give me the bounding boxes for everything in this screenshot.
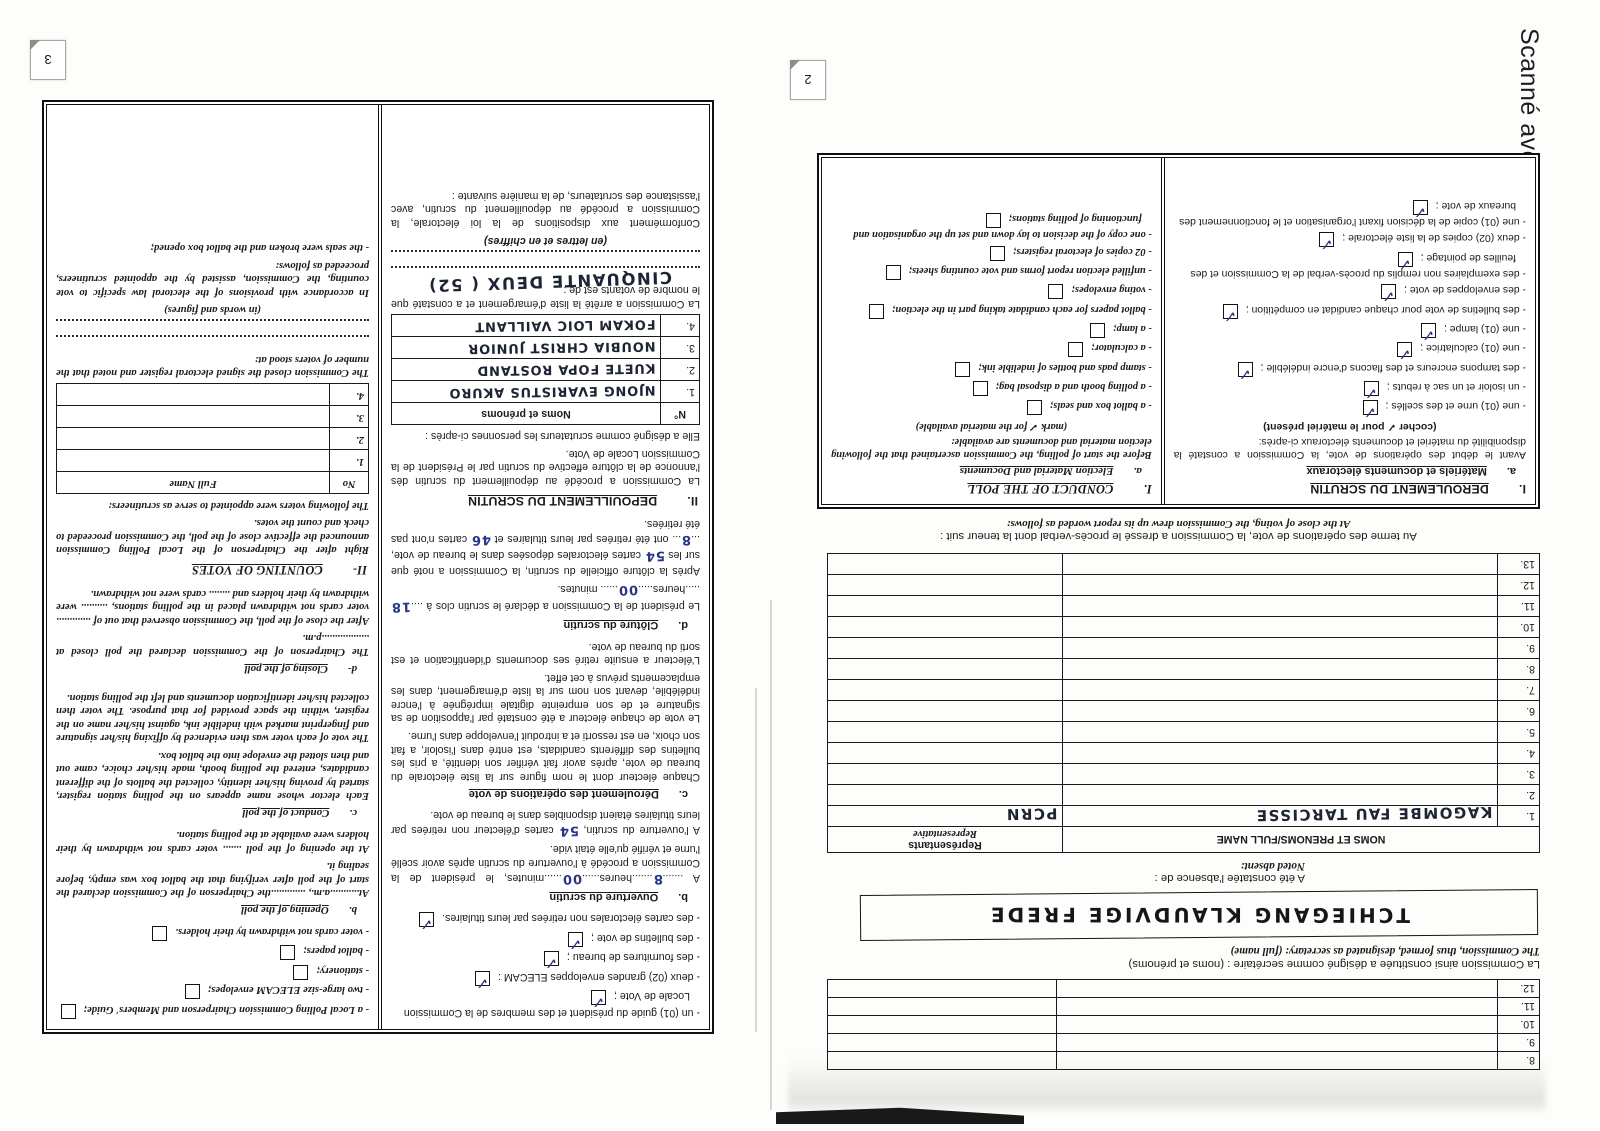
checkbox <box>1068 342 1083 357</box>
checklist-item: - unfilled election report forms and vot… <box>831 264 1152 280</box>
col-fullname: NOMS ET PRENOMS/FULL NAME <box>1062 827 1539 853</box>
empty-cell <box>828 575 1063 596</box>
checklist-item: - des fournitures de bureau ;✓ <box>391 950 700 967</box>
item-label: - a Local Polling Commission Chairperson… <box>84 1004 369 1015</box>
heading-depouillement: II.DEPOUILLEMENT DU SCRUTIN <box>391 492 698 508</box>
checkbox <box>986 213 1001 228</box>
table-row: 9. <box>828 1034 1540 1052</box>
checklist-item: - des bulletins de vote pour chaque cand… <box>1174 302 1526 318</box>
item-label: - unfilled election report forms and vot… <box>909 265 1152 276</box>
checklist-item: - un isoloir et un sac à rebuts ;✓ <box>1174 380 1526 396</box>
checklist-item: - voter cards not withdrawn by their hol… <box>56 924 369 941</box>
table-row: 8. <box>828 659 1540 680</box>
paragraph: In accordance with provisions of the ele… <box>56 258 369 299</box>
checklist-item: - 02 copies of electoral registers; <box>831 244 1152 260</box>
page-number-marker: 3 <box>30 40 66 80</box>
check-icon: ✓ <box>1398 253 1411 273</box>
heading-prefix: c. <box>679 787 688 801</box>
paragraph: Le président de la Commission a déclaré … <box>391 581 700 614</box>
paragraph: After the close of the poll, the Commiss… <box>56 586 369 627</box>
table-row: 4.FOKAM LOIC VAILLANT <box>392 314 700 336</box>
page-number: 3 <box>44 53 51 68</box>
table-row: 8. <box>828 1052 1540 1070</box>
page-3-rotated-content: - un (01) guide du président et des memb… <box>16 34 716 1036</box>
item-label: - one copy of the decision to lay down a… <box>853 213 1151 240</box>
paragraph: L'électeur a ensuite retiré ses document… <box>391 639 700 666</box>
mark-note: (mark ✓ for the material available) <box>831 419 1152 432</box>
item-label: - une (01) copie de la décision fixant l… <box>1179 200 1526 227</box>
conduct-english-column: I.CONDUCT OF THE POLL a.Election Materia… <box>822 158 1161 504</box>
heading-materiels: a.Matériels et documents électoraux <box>1174 464 1516 478</box>
col-fullname: Full Name <box>57 472 330 494</box>
checkbox <box>1027 400 1042 415</box>
checklist-item: - a lamp; <box>831 322 1152 338</box>
empty-cell <box>1062 617 1497 638</box>
handwritten-count: 54 <box>558 821 579 838</box>
page-number: 2 <box>804 73 811 88</box>
row-number: 1. <box>1498 806 1540 827</box>
check-icon: ✓ <box>545 953 558 973</box>
heading-conduct-1: I.CONDUCT OF THE POLL <box>831 480 1152 496</box>
col-number: N° <box>661 402 700 424</box>
item-label: - des tampons encreurs et des flacons d'… <box>1261 362 1526 373</box>
table-row: 3. <box>828 764 1540 785</box>
row-number: 2. <box>330 428 369 450</box>
heading-label: Clôture du scrutin <box>563 618 658 632</box>
handwritten-name: NOUBIA CHRIST JUNIOR <box>391 334 660 360</box>
heading-label: COUNTING OF VOTES <box>192 561 323 577</box>
empty-cell <box>57 428 330 450</box>
heading-deroulement: c.Déroulement des opérations de vote <box>391 787 688 801</box>
check-icon: ✓ <box>1238 363 1251 383</box>
check-icon: ✓ <box>1413 201 1426 221</box>
table-row: 1.KAGOMBE FAU TARCISSEPCRN <box>828 806 1540 827</box>
empty-cell <box>828 554 1063 575</box>
heading-label: Déroulement des opérations de vote <box>469 787 659 801</box>
checkbox <box>185 984 200 999</box>
empty-cell <box>828 701 1063 722</box>
paragraph: Le vote de chaque électeur a été constat… <box>391 670 700 724</box>
item-label: - stamp pads and bottles of indelible in… <box>978 362 1151 373</box>
empty-cell <box>828 617 1063 638</box>
paragraph: Conformément aux dispositions de la loi … <box>391 188 700 229</box>
row-number: 11. <box>1498 998 1540 1016</box>
checkbox: ✓ <box>1238 362 1253 377</box>
handwritten-name: FOKAM LOIC VAILLANT <box>391 312 660 338</box>
empty-cell <box>828 1034 1057 1052</box>
empty-cell <box>1056 998 1497 1016</box>
checklist-item: - ballot papers; <box>56 944 369 961</box>
page-2: 8. 9. 10. 11. 12. La Commission ainsi co… <box>770 24 1548 1116</box>
table-row: 7. <box>828 680 1540 701</box>
item-label: - deux (02) copies de la liste électoral… <box>1342 232 1526 243</box>
row-number: 3. <box>1498 764 1540 785</box>
item-label: - une (01) urne et des scellés ; <box>1386 400 1526 411</box>
handwritten-remaining: 46 <box>471 530 492 547</box>
heading-label: Closing of the poll <box>244 662 327 676</box>
dotted-line: CINQUANTE DEUX ( 52) <box>391 266 700 279</box>
checklist-item: - ballot papers for each candidate takin… <box>831 302 1152 318</box>
handwritten-secretary-name: TCHIEGANG KLAUDVIGE FREDE <box>988 903 1410 928</box>
mark-note: (cocher ✓ pour le matériel présent) <box>1174 419 1526 432</box>
table-row: 10. <box>828 1016 1540 1034</box>
check-icon: ✓ <box>476 972 489 992</box>
table-row: 9. <box>828 638 1540 659</box>
checkbox: ✓ <box>1319 232 1334 247</box>
checklist-item: - a calculator; <box>831 341 1152 357</box>
heading-prefix: c. <box>349 806 357 820</box>
checkbox: ✓ <box>1381 284 1396 299</box>
checkbox: ✓ <box>591 990 606 1005</box>
checkbox: ✓ <box>1397 342 1412 357</box>
empty-cell <box>828 680 1063 701</box>
conduct-box: I.DEROULEMENT DU SCRUTIN a.Matériels et … <box>817 153 1540 509</box>
empty-cell <box>828 980 1057 998</box>
empty-cell <box>828 722 1063 743</box>
scrutineers-table-fr: N°Noms et prénoms 1.NJONG EVARISTUS AKUR… <box>391 314 700 425</box>
checkbox: ✓ <box>1223 304 1238 319</box>
paragraph: A .......8.......heures......00......min… <box>391 842 700 886</box>
item-label: - two large-size ELECAM envelopes; <box>208 984 369 995</box>
heading-prefix: b. <box>678 890 688 904</box>
empty-cell <box>1062 764 1497 785</box>
heading-label: Ouverture du scrutin <box>549 890 658 904</box>
item-label: - stationery; <box>316 965 369 976</box>
table-row: 6. <box>828 701 1540 722</box>
paragraph: Après la clôture officielle du scrutin, … <box>391 517 700 577</box>
row-number: 13. <box>1498 554 1540 575</box>
empty-cell <box>828 785 1063 806</box>
closing-line-fr: Au terme des opérations de vote, la Comm… <box>817 530 1540 542</box>
empty-cell <box>1056 980 1497 998</box>
check-icon: ✓ <box>569 933 582 953</box>
heading-material: a.Election Material and Documents <box>831 464 1142 478</box>
empty-cell <box>828 998 1057 1016</box>
absent-line-en: Noted absent: <box>817 860 1305 872</box>
table-row: 11. <box>828 998 1540 1016</box>
empty-cell <box>1062 722 1497 743</box>
checklist-item: - une (01) urne et des scellés ;✓ <box>1174 399 1526 415</box>
item-label: - des enveloppes de vote ; <box>1404 284 1526 295</box>
table-header: N°Noms et prénoms <box>392 402 700 424</box>
col-fullname: Noms et prénoms <box>392 402 661 424</box>
row-number: 1. <box>330 450 369 472</box>
empty-cell <box>1056 1034 1497 1052</box>
handwritten-hour: 8 <box>652 869 663 886</box>
empty-cell <box>1062 638 1497 659</box>
check-icon: ✓ <box>1382 286 1395 306</box>
heading-prefix: I. <box>1519 480 1526 496</box>
checkbox <box>293 965 308 980</box>
checklist-item: - des bulletins de vote ;✓ <box>391 930 700 947</box>
paragraph: Avant le début des opérations de vote, l… <box>1174 435 1526 462</box>
item-label: - des exemplaires non remplis du procès-… <box>1190 252 1526 279</box>
empty-cell <box>828 764 1063 785</box>
checklist-item: - stationery; <box>56 963 369 980</box>
heading-label: Matériels et documents électoraux <box>1306 464 1486 478</box>
handwritten-total: 54 <box>644 546 665 563</box>
checklist-item: - une (01) calculatrice ;✓ <box>1174 341 1526 357</box>
item-label: - une (01) calculatrice ; <box>1420 342 1526 353</box>
empty-cell <box>57 450 330 472</box>
table-row: 4. <box>828 743 1540 764</box>
closing-line-en: At the close of voting, the Commission d… <box>817 518 1540 530</box>
table-header: NOMS ET PRENOMS/FULL NAME ReprésentantsR… <box>828 827 1540 853</box>
checkbox: ✓ <box>544 951 559 966</box>
checkbox <box>1048 284 1063 299</box>
check-icon: ✓ <box>420 914 433 934</box>
paragraph: A l'ouverture du scrutin, 54 cartes d'él… <box>391 808 700 838</box>
table-header: NoFull Name <box>57 472 369 494</box>
text: ...... minutes. <box>557 584 618 596</box>
table-row: 10. <box>828 617 1540 638</box>
empty-cell <box>1056 1016 1497 1034</box>
table-row: 3.NOUBIA CHRIST JUNIOR <box>392 336 700 358</box>
heading-prefix: d- <box>348 662 357 676</box>
row-number: 5. <box>1498 722 1540 743</box>
checklist-item: - a polling booth and a disposal bag; <box>831 380 1152 396</box>
table-row: 13. <box>828 554 1540 575</box>
empty-cell <box>1056 1052 1497 1070</box>
table-row: 2. <box>57 428 369 450</box>
row-number: 12. <box>1498 575 1540 596</box>
item-label: - des bulletins de vote ; <box>591 932 700 944</box>
page-3-french-column: - un (01) guide du président et des memb… <box>378 105 709 1029</box>
handwritten-name: KUETE FOPA ROSTAND <box>391 356 660 382</box>
heading-label: Conduct of the poll <box>242 806 329 820</box>
checklist-item: - des tampons encreurs et des flacons d'… <box>1174 360 1526 376</box>
row-number: 2. <box>661 358 700 380</box>
item-label: - des fournitures de bureau ; <box>567 951 700 963</box>
item-label: - a ballot box and seals; <box>1050 400 1152 411</box>
dotted-line <box>56 335 369 348</box>
item-label: - voter cards not withdrawn by their hol… <box>175 926 369 937</box>
row-number: 4. <box>661 314 700 336</box>
paper-fold-line <box>755 688 757 1032</box>
row-number: 3. <box>330 406 369 428</box>
item-label: - un isoloir et un sac à rebuts ; <box>1387 381 1526 392</box>
row-number: 6. <box>1498 701 1540 722</box>
check-icon: ✓ <box>1422 325 1435 345</box>
empty-cell <box>828 638 1063 659</box>
checkbox: ✓ <box>419 912 434 927</box>
col-representative-en: Representative <box>832 828 1058 839</box>
checkbox: ✓ <box>1421 323 1436 338</box>
page-number-marker: 2 <box>790 60 826 100</box>
row-number: 9. <box>1498 1034 1540 1052</box>
row-number: 4. <box>1498 743 1540 764</box>
row-number: 10. <box>1498 1016 1540 1034</box>
secretary-line-en: The Commission, thus formed, designated … <box>817 945 1540 957</box>
handwritten-name: NJONG EVARISTUS AKURO <box>391 378 660 404</box>
page-2-rotated-content: 8. 9. 10. 11. 12. La Commission ainsi co… <box>770 24 1548 1116</box>
item-label: - ballot papers; <box>303 945 369 956</box>
heading-closing: d-Closing of the poll <box>56 662 357 676</box>
handwritten-member-name: KAGOMBE FAU TARCISSE <box>1062 802 1497 829</box>
item-label: - a lamp; <box>1113 323 1152 334</box>
table-row: 2.KUETE FOPA ROSTAND <box>392 358 700 380</box>
checkbox <box>886 265 901 280</box>
item-label: - deux (02) grandes enveloppes ELECAM : <box>498 971 700 983</box>
item-label: - une (01) lampe ; <box>1444 323 1526 334</box>
paragraph: Before the start of polling, the Commiss… <box>831 435 1152 462</box>
table-row: 12. <box>828 980 1540 998</box>
dotted-line <box>391 250 700 263</box>
paragraph: La Commission a procédé au dépouillement… <box>391 446 700 487</box>
caption: (in words and figures) <box>56 303 369 317</box>
heading-label: DEPOUILLEMENT DU SCRUTIN <box>468 492 657 508</box>
empty-cell <box>1062 575 1497 596</box>
checklist-item: - des cartes électorales non retirées pa… <box>391 911 700 928</box>
heading-label: DEROULEMENT DU SCRUTIN <box>1310 480 1489 496</box>
table-row: 12. <box>828 575 1540 596</box>
checklist-item: - two large-size ELECAM envelopes; <box>56 983 369 1000</box>
text: A l'ouverture du scrutin, <box>579 824 700 836</box>
heading-prefix: II. <box>687 492 698 508</box>
secretary-line-fr: La Commission ainsi constituée a désigné… <box>817 958 1540 970</box>
check-icon: ✓ <box>1398 344 1411 364</box>
empty-cell <box>828 1016 1057 1034</box>
dotted-line <box>56 319 369 332</box>
item-label: - voting envelopes; <box>1071 284 1151 295</box>
absent-line-fr: A été constatée l'absence de : <box>817 872 1305 884</box>
heading-counting: II-COUNTING OF VOTES <box>56 561 367 577</box>
check-icon: ✓ <box>1223 305 1236 325</box>
row-number: 9. <box>1498 638 1540 659</box>
checklist-item: - voting envelopes; <box>831 283 1152 299</box>
text: A ....... <box>663 872 700 884</box>
table-row: 11. <box>828 596 1540 617</box>
empty-cell <box>1062 659 1497 680</box>
handwritten-hour: 18 <box>391 597 412 614</box>
empty-cell <box>828 743 1063 764</box>
checkbox: ✓ <box>475 971 490 986</box>
handwritten-party: PCRN <box>827 804 1062 828</box>
checkbox: ✓ <box>1413 200 1428 215</box>
empty-cell <box>57 384 330 406</box>
col-number: No <box>330 472 369 494</box>
checklist-item: - des exemplaires non remplis du procès-… <box>1174 250 1526 280</box>
row-number: 12. <box>1498 980 1540 998</box>
page-2-content: 8. 9. 10. 11. 12. La Commission ainsi co… <box>817 153 1540 1070</box>
empty-cell <box>1062 743 1497 764</box>
row-number: 4. <box>330 384 369 406</box>
handwritten-minute: 00 <box>618 581 639 598</box>
check-icon: ✓ <box>1364 382 1377 402</box>
checkbox <box>1090 323 1105 338</box>
item-label: - 02 copies of electoral registers; <box>1013 246 1152 257</box>
item-label: - a calculator; <box>1091 342 1152 353</box>
checklist-item: - a ballot box and seals; <box>831 399 1152 415</box>
item-label: - ballot papers for each candidate takin… <box>892 304 1152 315</box>
checklist-item: - one copy of the decision to lay down a… <box>831 212 1152 242</box>
secretary-name-box: TCHIEGANG KLAUDVIGE FREDE <box>860 889 1538 941</box>
checkbox <box>152 926 167 941</box>
empty-cell <box>828 596 1063 617</box>
empty-cell <box>1062 554 1497 575</box>
handwritten-withdrawn: 8 <box>681 530 692 547</box>
conduct-french-column: I.DEROULEMENT DU SCRUTIN a.Matériels et … <box>1161 158 1535 504</box>
checkbox <box>61 1004 76 1019</box>
empty-cell <box>1062 701 1497 722</box>
row-number: 2. <box>1498 785 1540 806</box>
heading-cloture: d.Clôture du scrutin <box>391 618 688 632</box>
table-row: 5. <box>828 722 1540 743</box>
checkbox <box>955 362 970 377</box>
scrutineers-table-en: NoFull Name 1. 2. 3. 4. <box>56 383 369 494</box>
paragraph: Elle a désigné comme scrutateurs les per… <box>391 429 700 443</box>
row-number: 3. <box>661 336 700 358</box>
item-label: - un (01) guide du président et des memb… <box>404 990 700 1019</box>
item-label: - des cartes électorales non retirées pa… <box>442 912 700 924</box>
heading-prefix: II- <box>353 561 367 577</box>
empty-cell <box>1062 596 1497 617</box>
text: Le président de la Commission a déclaré … <box>411 600 700 612</box>
row-number: 7. <box>1498 680 1540 701</box>
checklist-item: - a Local Polling Commission Chairperson… <box>56 1002 369 1019</box>
heading-prefix: a. <box>1133 464 1141 478</box>
heading-label: Opening of the poll <box>241 903 329 917</box>
conduct-box-columns: I.DEROULEMENT DU SCRUTIN a.Matériels et … <box>821 157 1536 505</box>
table-row: 1. <box>57 450 369 472</box>
paragraph: Each elector whose name appears on the p… <box>56 748 369 802</box>
row-number: 1. <box>661 380 700 402</box>
empty-cell <box>1062 680 1497 701</box>
paragraph: The Chairperson of the Commission declar… <box>56 631 369 658</box>
row-number: 8. <box>1498 659 1540 680</box>
check-icon: ✓ <box>592 992 605 1012</box>
heading-conduct: c.Conduct of the poll <box>56 806 357 820</box>
text: .......heures...... <box>582 872 653 884</box>
heading-opening: b.Opening of the poll <box>56 903 357 917</box>
paragraph: Right after the Chairperson of the Local… <box>56 516 369 557</box>
empty-cell <box>828 659 1063 680</box>
col-representative: ReprésentantsRepresentative <box>828 827 1063 853</box>
heading-deroulement-1: I.DEROULEMENT DU SCRUTIN <box>1174 480 1526 496</box>
item-label: - a polling booth and a disposal bag; <box>996 381 1152 392</box>
heading-label: CONDUCT OF THE POLL <box>967 480 1113 496</box>
checkbox: ✓ <box>1398 252 1413 267</box>
paragraph: Chaque électeur dont le nom figure sur l… <box>391 728 700 782</box>
checkbox <box>869 304 884 319</box>
empty-cell <box>57 406 330 428</box>
checklist-item: - deux (02) copies de la liste électoral… <box>1174 231 1526 247</box>
caption: (en lettres et en chiffres) <box>391 233 700 247</box>
col-representative-fr: Représentants <box>832 839 1058 851</box>
empty-cell <box>828 1052 1057 1070</box>
heading-prefix: a. <box>1507 464 1516 478</box>
text: .....heures..... <box>638 584 700 596</box>
heading-prefix: d. <box>678 618 688 632</box>
paragraph: The Commission closed the signed elector… <box>56 352 369 379</box>
row-number: 10. <box>1498 617 1540 638</box>
paragraph: The following voters were appointed to s… <box>56 498 369 512</box>
members-continuation-table: 8. 9. 10. 11. 12. <box>827 979 1540 1070</box>
page-3: - un (01) guide du président et des memb… <box>16 34 716 1036</box>
heading-ouverture: b.Ouverture du scrutin <box>391 890 688 904</box>
text: ... ont été retirées par leurs titulaire… <box>491 533 681 545</box>
heading-prefix: I. <box>1143 480 1151 496</box>
row-number: 11. <box>1498 596 1540 617</box>
heading-label: Election Material and Documents <box>960 464 1114 478</box>
check-icon: ✓ <box>1320 234 1333 254</box>
checkbox <box>973 381 988 396</box>
members-table: NOMS ET PRENOMS/FULL NAME ReprésentantsR… <box>827 553 1540 853</box>
table-row: 4. <box>57 384 369 406</box>
page-3-english-column: - a Local Polling Commission Chairperson… <box>47 105 378 1029</box>
check-icon: ✓ <box>1363 402 1376 422</box>
checklist-item: - des enveloppes de vote ;✓ <box>1174 283 1526 299</box>
